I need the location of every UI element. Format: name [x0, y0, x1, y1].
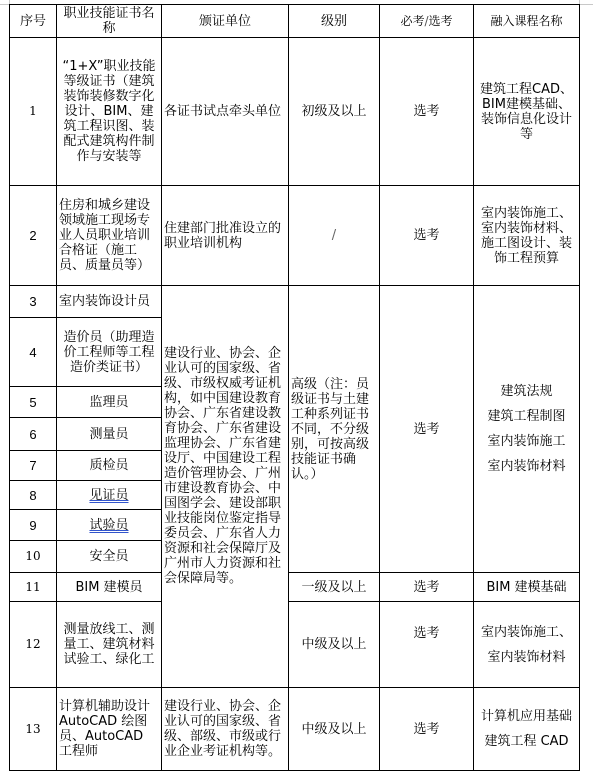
course: 室内装饰施工、室内装饰材料、施工图设计、装饰工程预算 — [474, 186, 580, 286]
issuer: 住建部门批准设立的职业培训机构 — [162, 186, 289, 286]
certificate-name: 安全员 — [57, 541, 162, 573]
row-index: 7 — [10, 451, 57, 481]
row-index: 13 — [10, 688, 57, 771]
course-line: 计算机应用基础 — [476, 704, 577, 729]
header-level: 级别 — [289, 5, 380, 38]
certificate-table: 序号 职业技能证书名称 颁证单位 级别 必考/选考 融入课程名称 1 “1+X”… — [9, 4, 580, 771]
course-line: 建筑工程 CAD — [476, 729, 577, 754]
exam-type: 选考 — [380, 688, 474, 771]
row-index: 3 — [10, 286, 57, 318]
course: 计算机应用基础 建筑工程 CAD — [474, 688, 580, 771]
table-header-row: 序号 职业技能证书名称 颁证单位 级别 必考/选考 融入课程名称 — [10, 5, 580, 38]
course: 建筑工程CAD、BIM建模基础、装饰信息化设计等 — [474, 38, 580, 186]
certificate-name: 测量放线工、测量工、建筑材料试验工、绿化工 — [57, 602, 162, 688]
certificate-name: 测量员 — [57, 418, 162, 451]
course-line: 建筑工程制图 — [476, 404, 577, 429]
certificate-name-text: 试验员 — [89, 518, 128, 533]
table-row: 12 测量放线工、测量工、建筑材料试验工、绿化工 中级及以上 选考 室内装饰施工… — [10, 602, 580, 688]
row-index: 2 — [10, 186, 57, 286]
row-index: 11 — [10, 573, 57, 602]
certificate-name: 住房和城乡建设领域施工现场专业人员职业培训合格证（施工员、质量员等） — [57, 186, 162, 286]
table-row: 13 计算机辅助设计 AutoCAD 绘图员、AutoCAD 工程师 建设行业、… — [10, 688, 580, 771]
certificate-name: “1+X”职业技能等级证书（建筑装饰装修数字化设计、BIM、建筑工程识图、装配式… — [57, 38, 162, 186]
certificate-name: 试验员 — [57, 510, 162, 541]
course: BIM 建模基础 — [474, 573, 580, 602]
certificate-name-text: 见证员 — [89, 488, 128, 503]
row-index: 6 — [10, 418, 57, 451]
exam-type-merged: 选考 — [380, 286, 474, 573]
table-row: 3 室内装饰设计员 建设行业、协会、企业认可的国家级、省级、市级权威考证机构，如… — [10, 286, 580, 318]
issuer: 各证书试点牵头单位 — [162, 38, 289, 186]
exam-type: 选考 — [380, 186, 474, 286]
certificate-name: 室内装饰设计员 — [57, 286, 162, 318]
course-merged: 建筑法规 建筑工程制图 室内装饰施工 室内装饰材料 — [474, 286, 580, 573]
header-certificate-name: 职业技能证书名称 — [57, 5, 162, 38]
exam-type: 选考 — [380, 38, 474, 186]
certificate-name: 监理员 — [57, 387, 162, 418]
row-index: 8 — [10, 481, 57, 510]
exam-type: 选考 — [380, 573, 474, 602]
page-corner-mark-right — [579, 0, 593, 5]
level: 一级及以上 — [289, 573, 380, 602]
certificate-name: BIM 建模员 — [57, 573, 162, 602]
certificate-name: 质检员 — [57, 451, 162, 481]
issuer: 建设行业、协会、企业认可的国家级、省级、部级、市级或行业企业考证机构等。 — [162, 688, 289, 771]
header-issuer: 颁证单位 — [162, 5, 289, 38]
certificate-name: 见证员 — [57, 481, 162, 510]
level: 中级及以上 — [289, 602, 380, 688]
row-index: 1 — [10, 38, 57, 186]
header-elective-label: 选考 — [429, 14, 453, 28]
issuer-merged: 建设行业、协会、企业认可的国家级、省级、市级权威考证机构，如中国建设教育协会、广… — [162, 286, 289, 688]
course-line: 建筑法规 — [476, 379, 577, 404]
header-course: 融入课程名称 — [474, 5, 580, 38]
certificate-name: 计算机辅助设计 AutoCAD 绘图员、AutoCAD 工程师 — [57, 688, 162, 771]
row-index: 10 — [10, 541, 57, 573]
level: / — [289, 186, 380, 286]
header-required-or-elective: 必考/选考 — [380, 5, 474, 38]
table-row: 11 BIM 建模员 一级及以上 选考 BIM 建模基础 — [10, 573, 580, 602]
table-row: 2 住房和城乡建设领域施工现场专业人员职业培训合格证（施工员、质量员等） 住建部… — [10, 186, 580, 286]
row-index: 5 — [10, 387, 57, 418]
level: 初级及以上 — [289, 38, 380, 186]
course-line: 室内装饰材料 — [476, 454, 577, 479]
exam-type: 选考 — [380, 602, 474, 688]
row-index: 12 — [10, 602, 57, 688]
course: 室内装饰施工、室内装饰材料 — [474, 602, 580, 688]
header-required-label: 必考 — [400, 14, 424, 28]
course-line: 室内装饰施工 — [476, 429, 577, 454]
row-index: 4 — [10, 318, 57, 387]
certificate-name: 造价员（助理造价工程师等工程造价类证书） — [57, 318, 162, 387]
table-row: 1 “1+X”职业技能等级证书（建筑装饰装修数字化设计、BIM、建筑工程识图、装… — [10, 38, 580, 186]
row-index: 9 — [10, 510, 57, 541]
level: 中级及以上 — [289, 688, 380, 771]
level-merged: 高级（注：员级证书与土建工种系列证书不同，不分级别，可按高级技能证书确认。） — [289, 286, 380, 573]
header-index: 序号 — [10, 5, 57, 38]
